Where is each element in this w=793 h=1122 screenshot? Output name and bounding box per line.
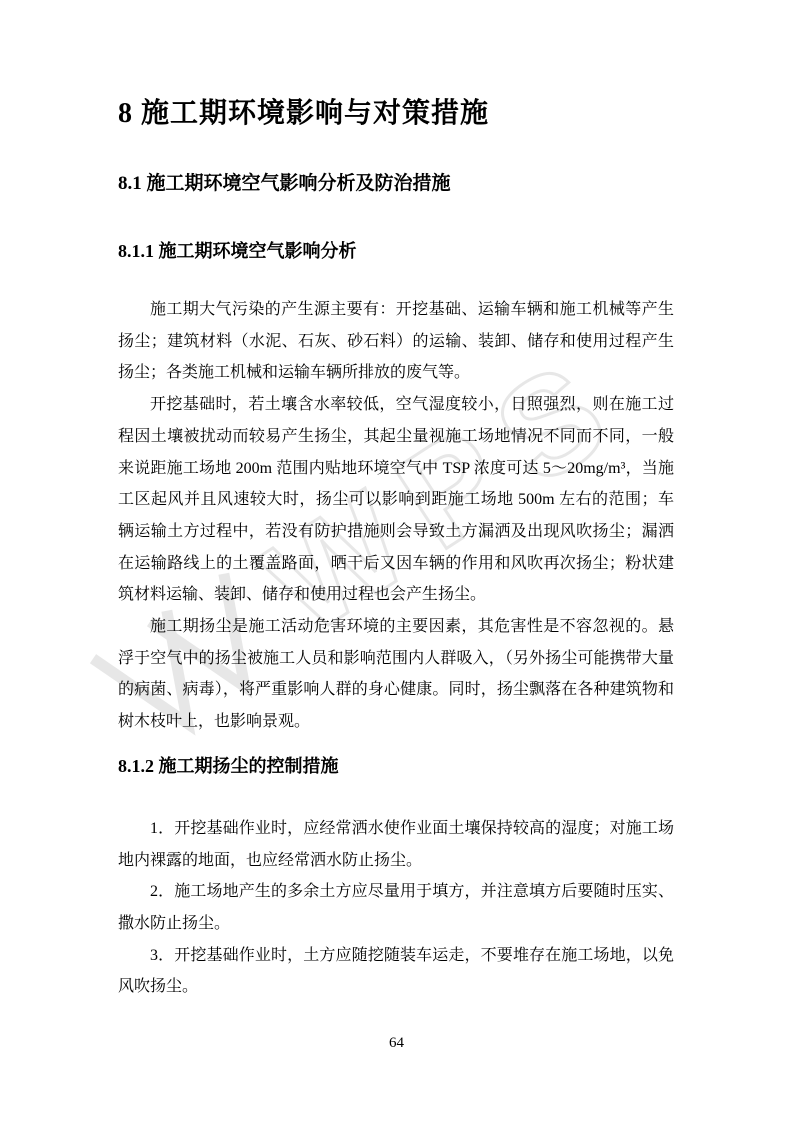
- control-measure-item-1: 1．开挖基础作业时，应经常洒水使作业面土壤保持较高的湿度；对施工场地内裸露的地面…: [118, 813, 674, 876]
- subsection-heading-1: 8.1.1 施工期环境空气影响分析: [118, 240, 674, 263]
- control-measure-item-3: 3．开挖基础作业时，土方应随挖随装车运走，不要堆存在施工场地，以免风吹扬尘。: [118, 940, 674, 1003]
- analysis-paragraph-3: 施工期扬尘是施工活动危害环境的主要因素，其危害性是不容忽视的。悬浮于空气中的扬尘…: [118, 611, 674, 738]
- analysis-paragraph-1: 施工期大气污染的产生源主要有：开挖基础、运输车辆和施工机械等产生扬尘；建筑材料（…: [118, 294, 674, 389]
- control-measure-item-2: 2．施工场地产生的多余土方应尽量用于填方，并注意填方后要随时压实、撒水防止扬尘。: [118, 876, 674, 939]
- chapter-heading: 8 施工期环境影响与对策措施: [118, 97, 674, 131]
- subsection-heading-2: 8.1.2 施工期扬尘的控制措施: [118, 755, 674, 778]
- section-heading: 8.1 施工期环境空气影响分析及防治措施: [118, 172, 674, 196]
- document-content: 8 施工期环境影响与对策措施 8.1 施工期环境空气影响分析及防治措施 8.1.…: [118, 0, 674, 1003]
- page-number: 64: [0, 1033, 793, 1053]
- analysis-paragraph-2: 开挖基础时，若土壤含水率较低，空气湿度较小，日照强烈，则在施工过程因土壤被扰动而…: [118, 389, 674, 611]
- document-page: WPS 8 施工期环境影响与对策措施 8.1 施工期环境空气影响分析及防治措施 …: [0, 0, 793, 1122]
